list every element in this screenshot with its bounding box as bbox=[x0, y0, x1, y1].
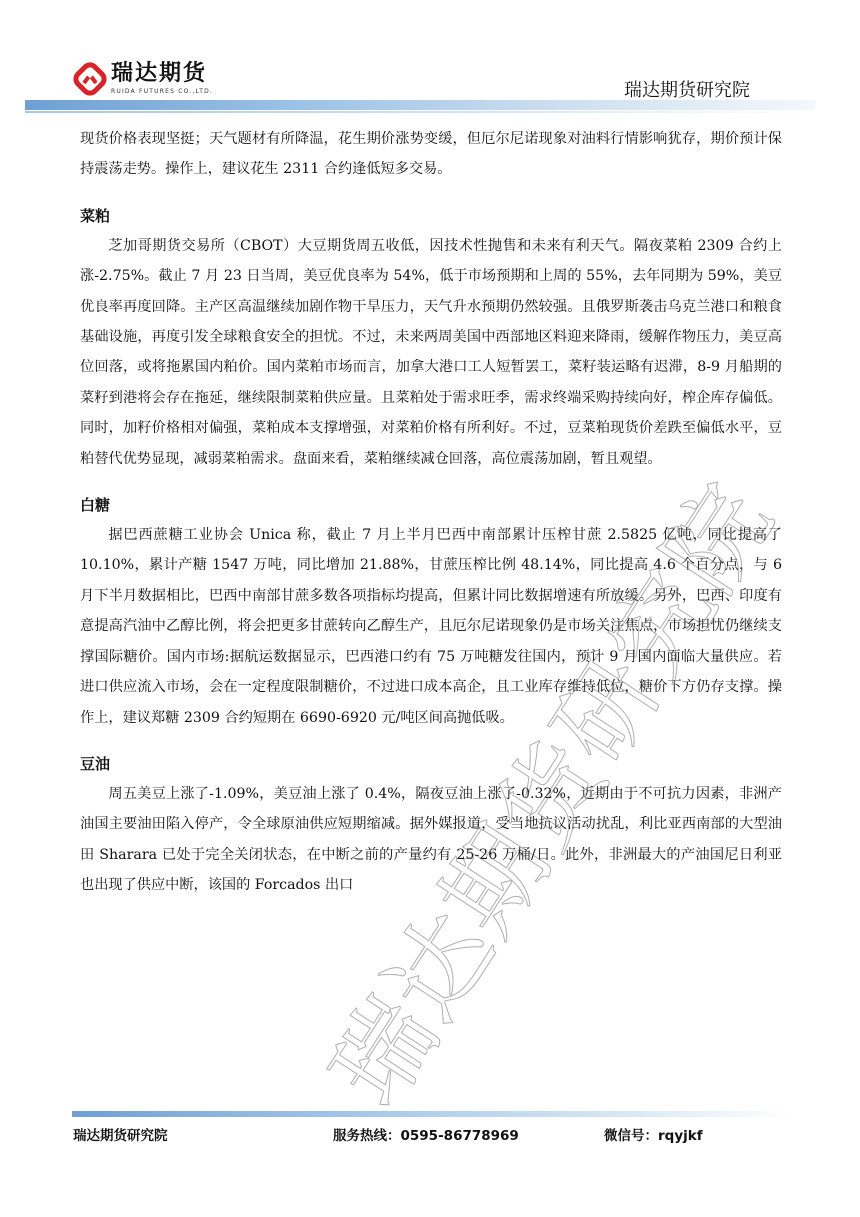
section-title-rapeseed-meal: 菜粕 bbox=[80, 201, 782, 231]
section-title-sugar: 白糖 bbox=[80, 490, 782, 520]
page-header: 瑞达期货 RUIDA FUTURES CO.,LTD. 瑞达期货研究院 bbox=[0, 0, 860, 115]
logo-text-cn: 瑞达期货 bbox=[111, 60, 213, 88]
hotline-label: 服务热线： bbox=[333, 1128, 401, 1144]
paragraph-soybean-oil: 周五美豆上涨了-1.09%，美豆油上涨了 0.4%，隔夜豆油上涨了-0.32%，… bbox=[80, 779, 782, 901]
report-body: 现货价格表现坚挺；天气题材有所降温，花生期价涨势变缓，但厄尔尼诺现象对油料行情影… bbox=[80, 124, 782, 901]
logo-mark-icon bbox=[73, 62, 107, 96]
wechat-label: 微信号： bbox=[604, 1128, 658, 1144]
hotline-number: 0595-86778969 bbox=[401, 1128, 519, 1144]
paragraph-sugar: 据巴西蔗糖工业协会 Unica 称，截止 7 月上半月巴西中南部累计压榨甘蔗 2… bbox=[80, 520, 782, 733]
header-divider-line bbox=[25, 111, 815, 113]
footer-divider bbox=[72, 1111, 792, 1117]
header-title: 瑞达期货研究院 bbox=[624, 76, 750, 102]
wechat-id: rqyjkf bbox=[658, 1128, 703, 1144]
paragraph-peanut-continuation: 现货价格表现坚挺；天气题材有所降温，花生期价涨势变缓，但厄尔尼诺现象对油料行情影… bbox=[80, 124, 782, 185]
logo-text-en: RUIDA FUTURES CO.,LTD. bbox=[111, 88, 213, 96]
footer-hotline: 服务热线：0595-86778969 bbox=[333, 1124, 519, 1144]
header-divider bbox=[25, 100, 815, 110]
footer-wechat: 微信号：rqyjkf bbox=[604, 1124, 703, 1144]
section-title-soybean-oil: 豆油 bbox=[80, 749, 782, 779]
paragraph-rapeseed-meal: 芝加哥期货交易所（CBOT）大豆期货周五收低，因技术性抛售和未来有利天气。隔夜菜… bbox=[80, 231, 782, 474]
footer-org: 瑞达期货研究院 bbox=[73, 1124, 168, 1144]
company-logo: 瑞达期货 RUIDA FUTURES CO.,LTD. bbox=[73, 60, 213, 100]
